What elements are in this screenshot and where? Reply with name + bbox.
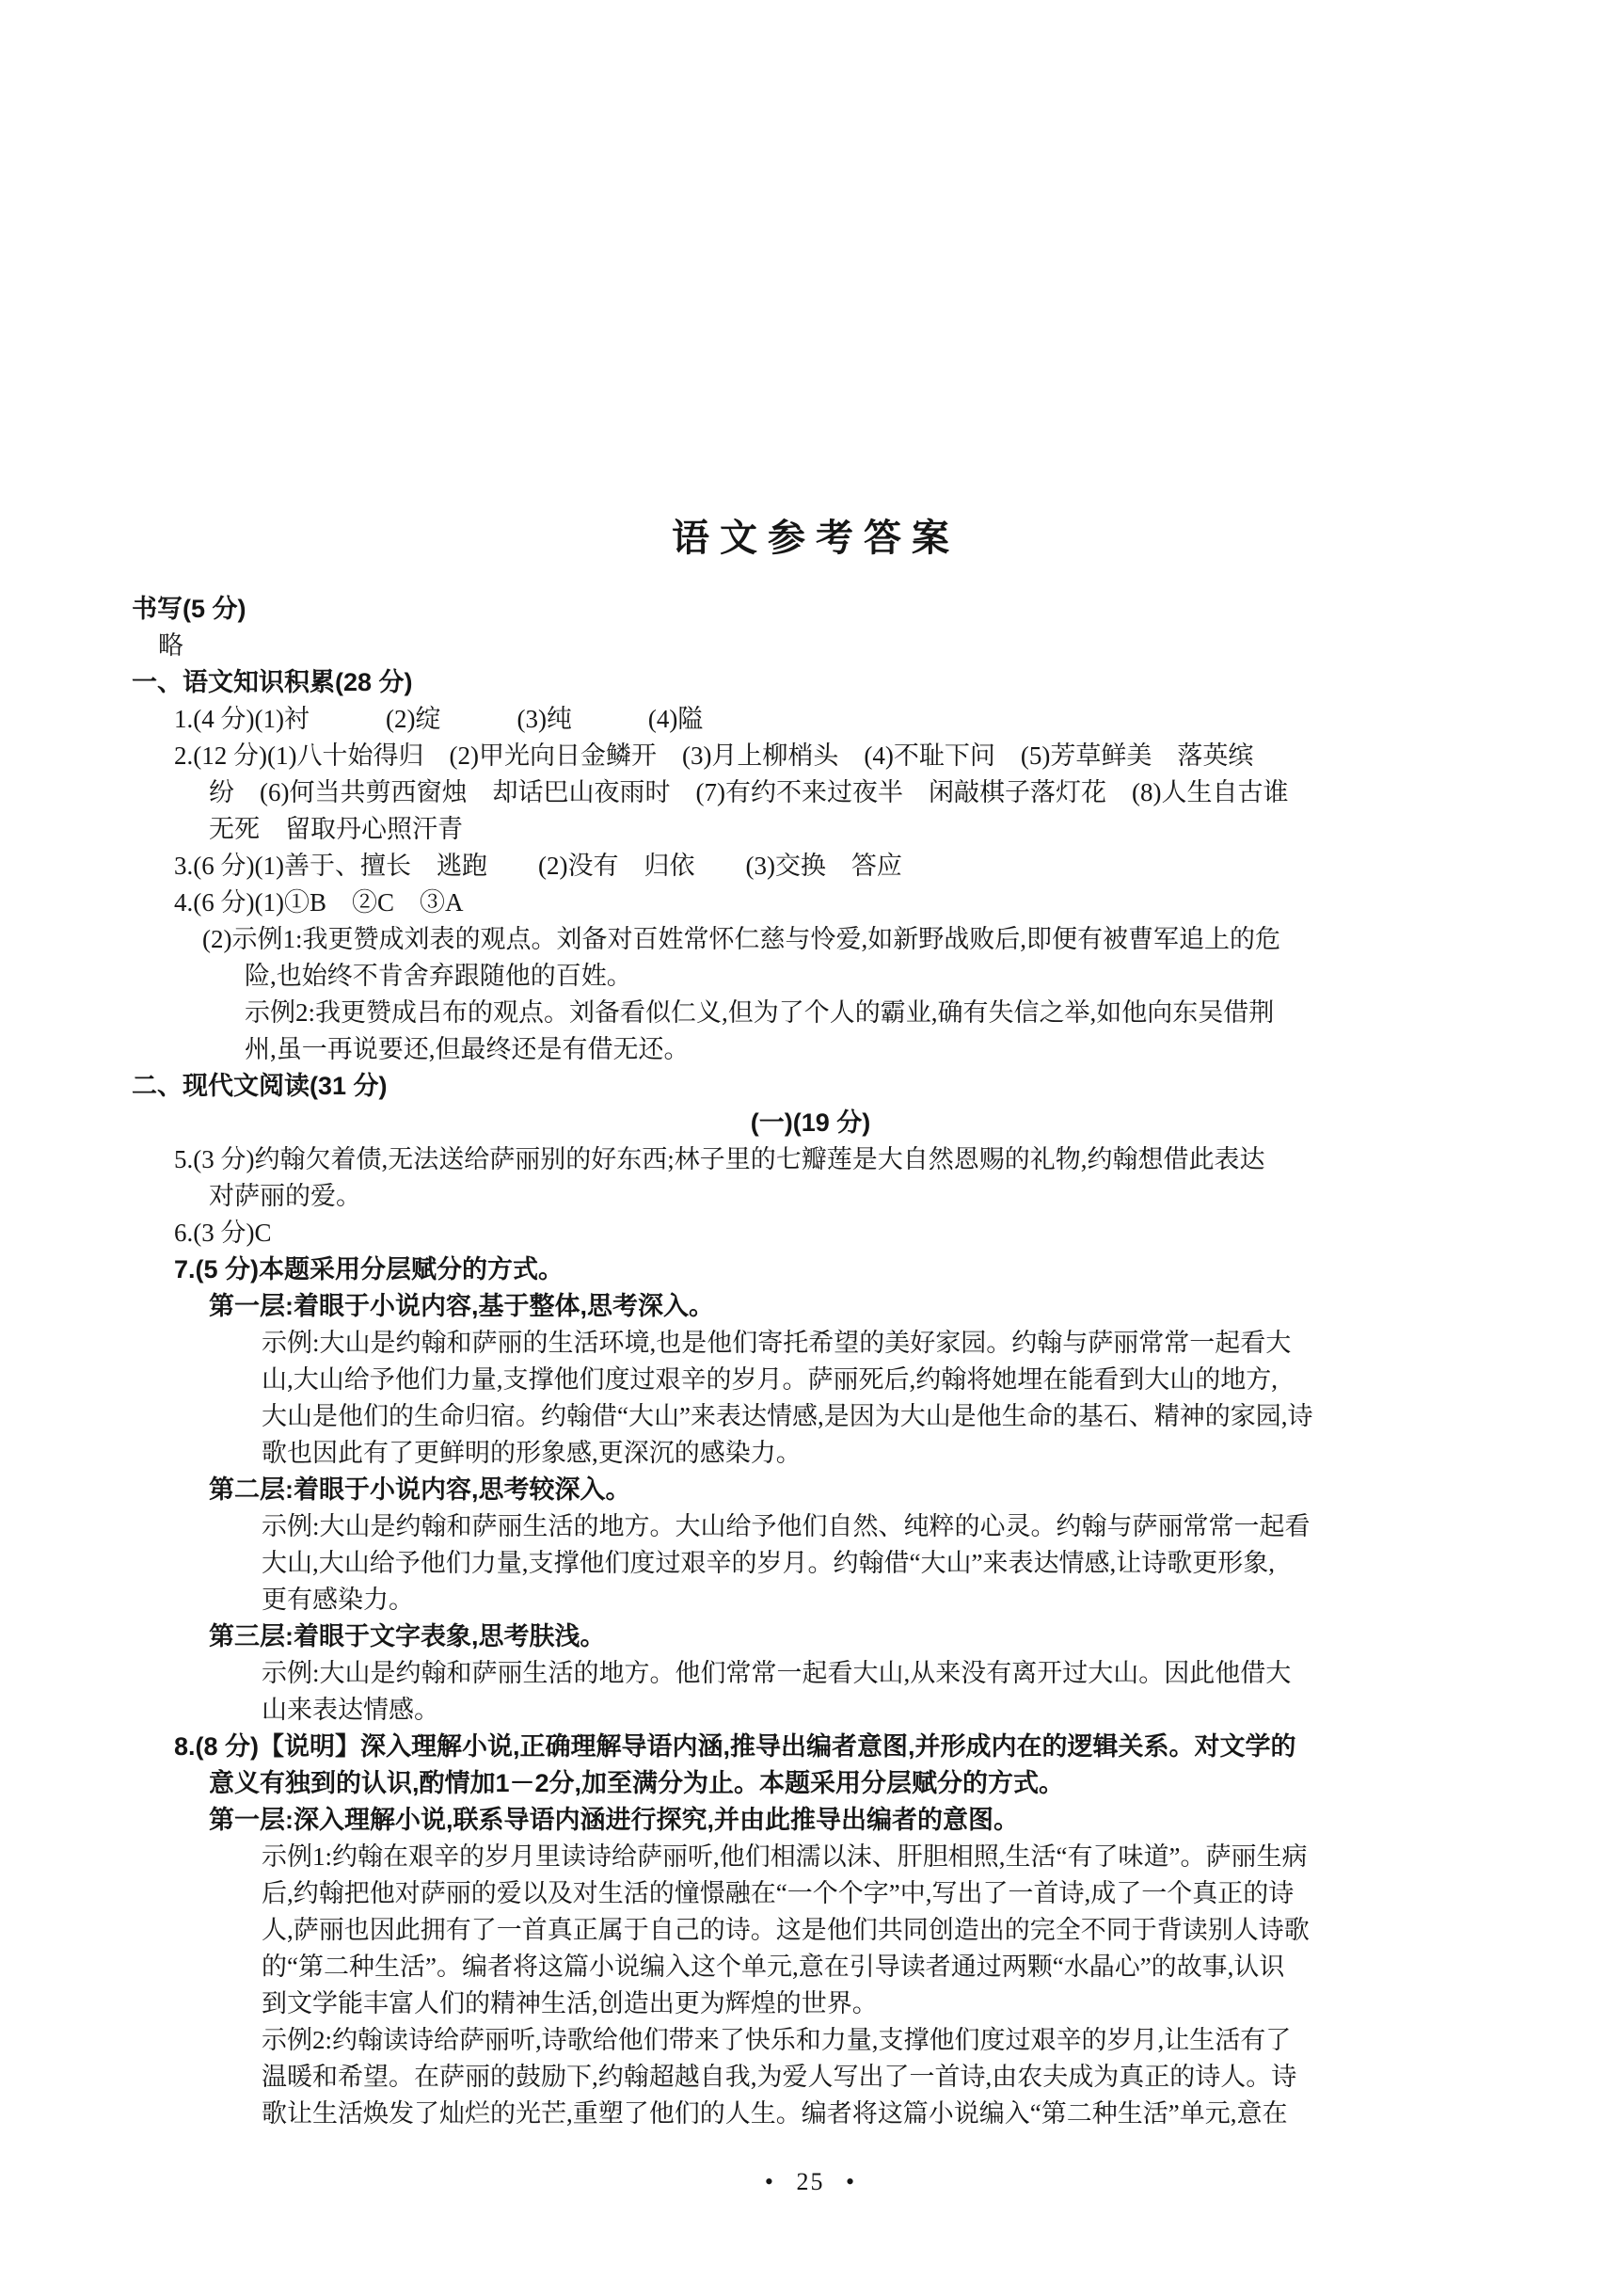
text-line: (一)(19 分)	[0, 1105, 1621, 1141]
answer-lines: 书写(5 分)略一、语文知识积累(28 分)1.(4 分)(1)衬 (2)绽 (…	[0, 591, 1621, 2132]
text-line: 大山是他们的生命归宿。约翰借“大山”来表达情感,是因为大山是他生命的基石、精神的…	[0, 1398, 1621, 1435]
text-line: 二、现代文阅读(31 分)	[0, 1068, 1621, 1105]
text-line: 到文学能丰富人们的精神生活,创造出更为辉煌的世界。	[0, 1985, 1621, 2022]
text-line: 人,萨丽也因此拥有了一首真正属于自己的诗。这是他们共同创造出的完全不同于背读别人…	[0, 1912, 1621, 1949]
text-line: 一、语文知识积累(28 分)	[0, 664, 1621, 701]
text-line: 第二层:着眼于小说内容,思考较深入。	[0, 1472, 1621, 1508]
text-line: 温暖和希望。在萨丽的鼓励下,约翰超越自我,为爱人写出了一首诗,由农夫成为真正的诗…	[0, 2059, 1621, 2096]
text-line: 歌也因此有了更鲜明的形象感,更深沉的感染力。	[0, 1435, 1621, 1472]
text-line: 后,约翰把他对萨丽的爱以及对生活的憧憬融在“一个个字”中,写出了一首诗,成了一个…	[0, 1875, 1621, 1912]
text-line: 第一层:深入理解小说,联系导语内涵进行探究,并由此推导出编者的意图。	[0, 1802, 1621, 1839]
text-line: 第一层:着眼于小说内容,基于整体,思考深入。	[0, 1288, 1621, 1325]
text-line: 无死 留取丹心照汗青	[0, 811, 1621, 848]
text-line: (2)示例1:我更赞成刘表的观点。刘备对百姓常怀仁慈与怜爱,如新野战败后,即便有…	[0, 921, 1621, 958]
text-line: 略	[0, 628, 1621, 664]
text-line: 州,虽一再说要还,但最终还是有借无还。	[0, 1031, 1621, 1068]
text-line: 3.(6 分)(1)善于、擅长 逃跑 (2)没有 归依 (3)交换 答应	[0, 848, 1621, 885]
text-line: 第三层:着眼于文字表象,思考肤浅。	[0, 1618, 1621, 1655]
page-number: • 25 •	[0, 2168, 1621, 2196]
scanned-answer-page: 语文参考答案 书写(5 分)略一、语文知识积累(28 分)1.(4 分)(1)衬…	[0, 0, 1621, 2296]
text-line: 4.(6 分)(1)①B ②C ③A	[0, 885, 1621, 921]
text-line: 更有感染力。	[0, 1582, 1621, 1618]
text-line: 8.(8 分)【说明】深入理解小说,正确理解导语内涵,推导出编者意图,并形成内在…	[0, 1729, 1621, 1765]
text-line: 5.(3 分)约翰欠着债,无法送给萨丽别的好东西;林子里的七瓣莲是大自然恩赐的礼…	[0, 1141, 1621, 1178]
text-line: 纷 (6)何当共剪西窗烛 却话巴山夜雨时 (7)有约不来过夜半 闲敲棋子落灯花 …	[0, 774, 1621, 811]
text-line: 2.(12 分)(1)八十始得归 (2)甲光向日金鳞开 (3)月上柳梢头 (4)…	[0, 738, 1621, 774]
text-line: 示例:大山是约翰和萨丽生活的地方。他们常常一起看大山,从来没有离开过大山。因此他…	[0, 1655, 1621, 1692]
text-line: 书写(5 分)	[0, 591, 1621, 628]
text-line: 示例1:约翰在艰辛的岁月里读诗给萨丽听,他们相濡以沫、肝胆相照,生活“有了味道”…	[0, 1839, 1621, 1875]
text-line: 6.(3 分)C	[0, 1215, 1621, 1252]
text-line: 的“第二种生活”。编者将这篇小说编入这个单元,意在引导读者通过两颗“水晶心”的故…	[0, 1949, 1621, 1985]
text-line: 1.(4 分)(1)衬 (2)绽 (3)纯 (4)隘	[0, 701, 1621, 738]
text-line: 歌让生活焕发了灿烂的光芒,重塑了他们的人生。编者将这篇小说编入“第二种生活”单元…	[0, 2096, 1621, 2132]
text-line: 险,也始终不肯舍弃跟随他的百姓。	[0, 958, 1621, 995]
text-line: 山,大山给予他们力量,支撑他们度过艰辛的岁月。萨丽死后,约翰将她埋在能看到大山的…	[0, 1362, 1621, 1398]
text-line: 示例2:约翰读诗给萨丽听,诗歌给他们带来了快乐和力量,支撑他们度过艰辛的岁月,让…	[0, 2022, 1621, 2059]
page-title: 语文参考答案	[0, 0, 1621, 559]
text-line: 7.(5 分)本题采用分层赋分的方式。	[0, 1252, 1621, 1288]
text-line: 示例:大山是约翰和萨丽生活的地方。大山给予他们自然、纯粹的心灵。约翰与萨丽常常一…	[0, 1508, 1621, 1545]
text-line: 意义有独到的认识,酌情加1－2分,加至满分为止。本题采用分层赋分的方式。	[0, 1765, 1621, 1802]
text-line: 示例:大山是约翰和萨丽的生活环境,也是他们寄托希望的美好家园。约翰与萨丽常常一起…	[0, 1325, 1621, 1362]
text-line: 山来表达情感。	[0, 1692, 1621, 1729]
text-line: 大山,大山给予他们力量,支撑他们度过艰辛的岁月。约翰借“大山”来表达情感,让诗歌…	[0, 1545, 1621, 1582]
text-line: 示例2:我更赞成吕布的观点。刘备看似仁义,但为了个人的霸业,确有失信之举,如他向…	[0, 995, 1621, 1031]
text-line: 对萨丽的爱。	[0, 1178, 1621, 1215]
